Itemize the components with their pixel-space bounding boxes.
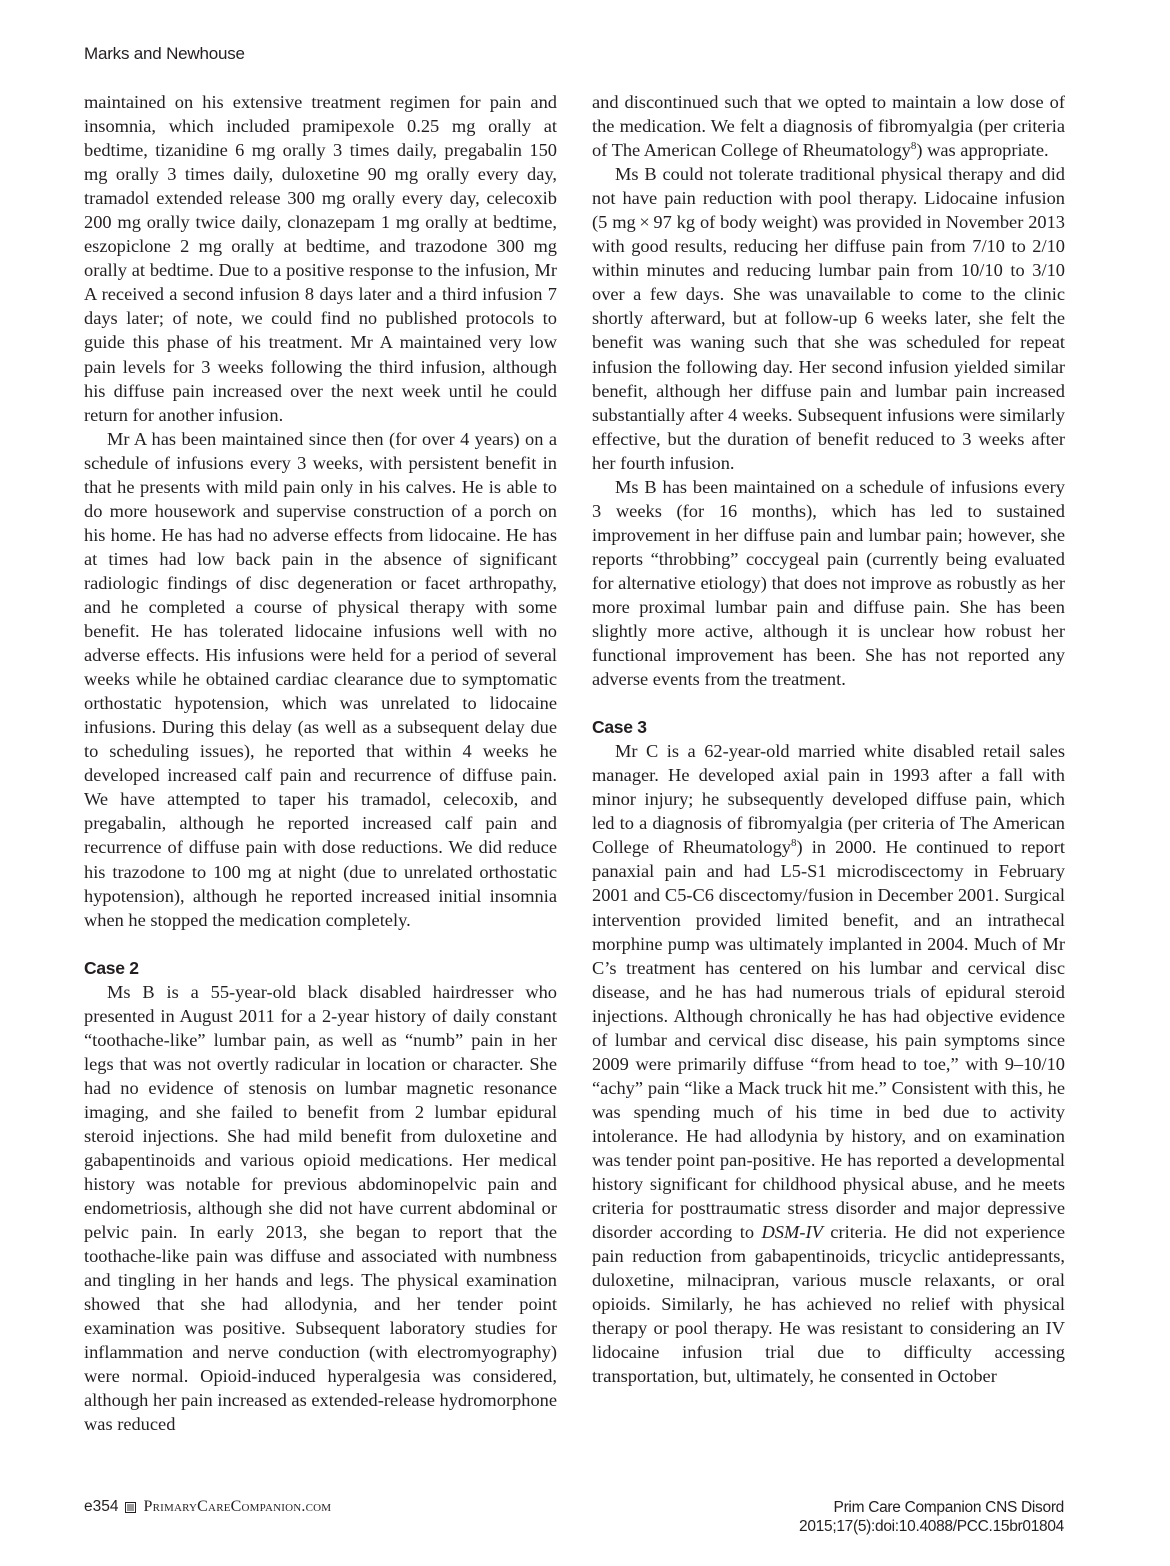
italic-text: DSM-IV <box>762 1222 823 1242</box>
paragraph: and discontinued such that we opted to m… <box>592 90 1065 162</box>
paragraph: Mr A has been maintained since then (for… <box>84 427 557 932</box>
paragraph: Ms B is a 55-year-old black disabled hai… <box>84 980 557 1437</box>
left-column: maintained on his extensive treatment re… <box>84 90 557 1437</box>
journal-name: Prim Care Companion CNS Disord <box>799 1498 1064 1517</box>
paragraph: Ms B could not tolerate traditional phys… <box>592 162 1065 475</box>
square-bullet-icon <box>125 1502 136 1513</box>
footer-left: e354 PrimaryCareCompanion.com <box>84 1498 331 1516</box>
text-run: ) was appropriate. <box>916 140 1048 160</box>
site-link[interactable]: PrimaryCareCompanion.com <box>143 1498 331 1516</box>
paragraph: Mr C is a 62-year-old married white disa… <box>592 739 1065 1388</box>
text-run: criteria. He did not experience pain red… <box>592 1222 1065 1386</box>
page-number: e354 <box>84 1498 118 1516</box>
paragraph: Ms B has been maintained on a schedule o… <box>592 475 1065 691</box>
running-head: Marks and Newhouse <box>84 44 245 64</box>
case-2-heading: Case 2 <box>84 956 557 980</box>
text-run: ) in 2000. He continued to report panaxi… <box>592 837 1065 1242</box>
footer-right: Prim Care Companion CNS Disord 2015;17(5… <box>799 1498 1064 1536</box>
right-column: and discontinued such that we opted to m… <box>592 90 1065 1388</box>
paragraph: maintained on his extensive treatment re… <box>84 90 557 427</box>
case-3-heading: Case 3 <box>592 715 1065 739</box>
citation: 2015;17(5):doi:10.4088/PCC.15br01804 <box>799 1517 1064 1536</box>
